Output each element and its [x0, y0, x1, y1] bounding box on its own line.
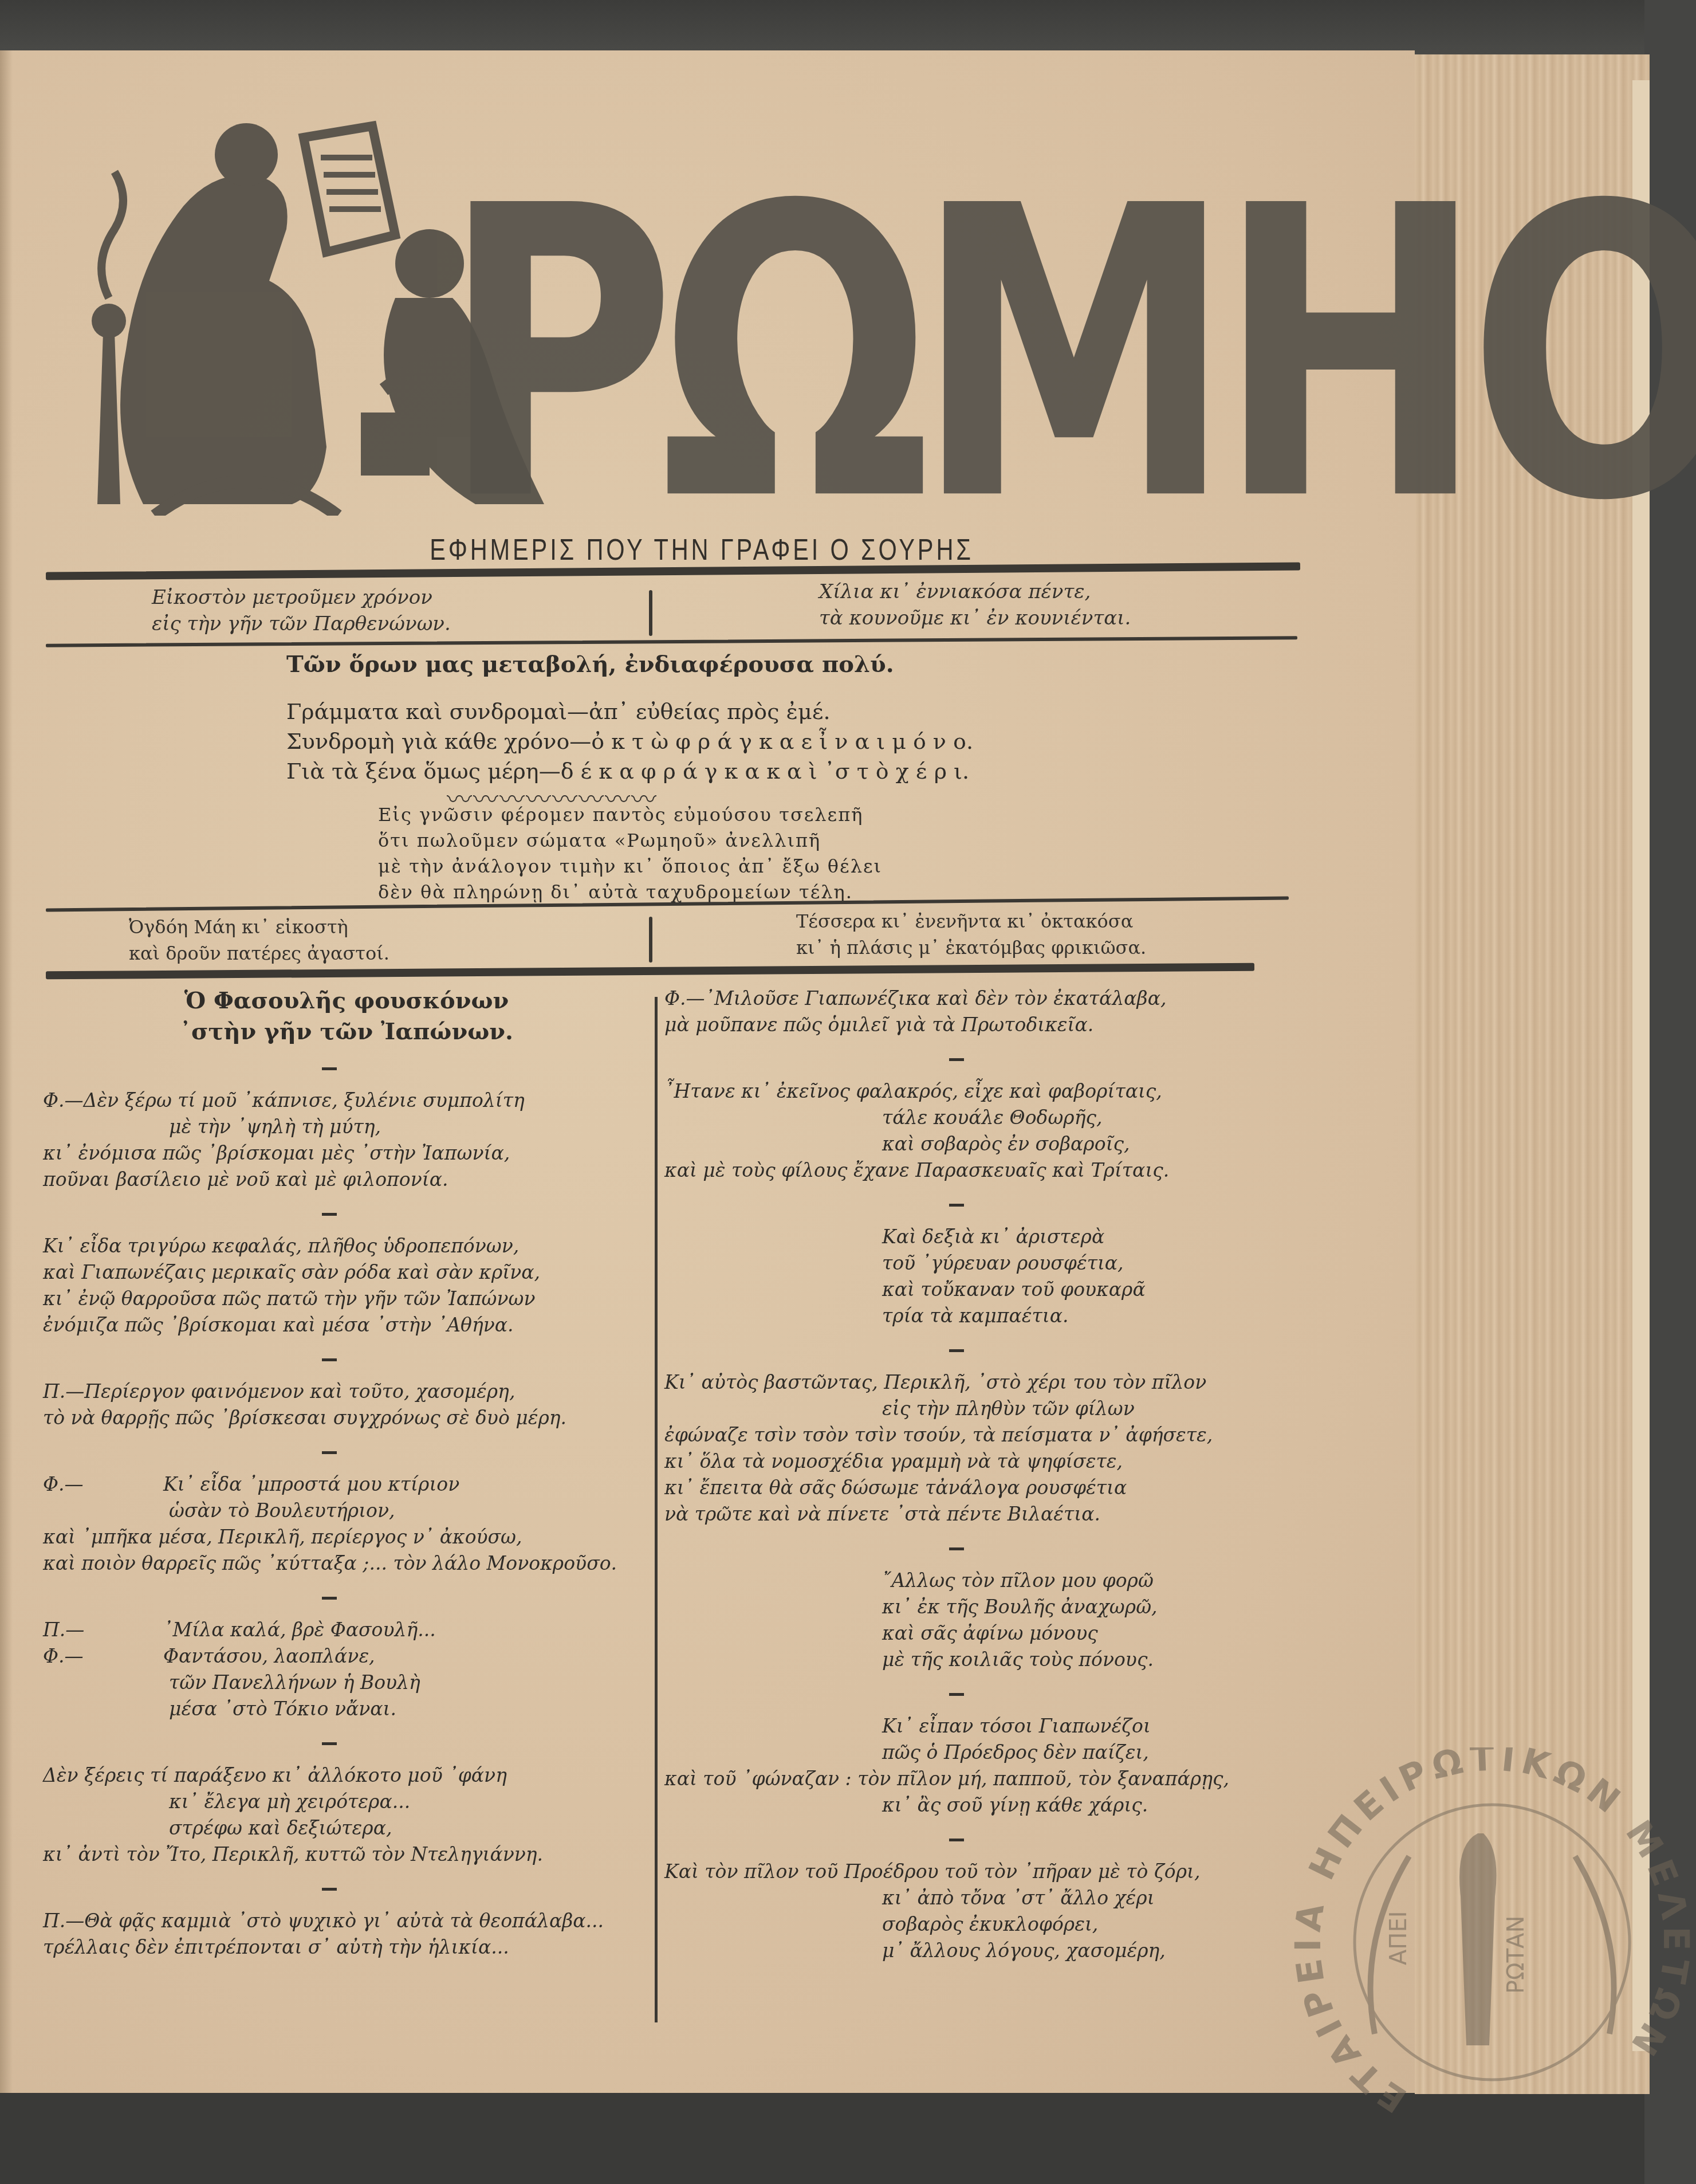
verse-text: καὶ τοὔκαναν τοῦ φουκαρᾶ — [882, 1278, 1146, 1301]
date-right: Τέσσερα κι᾽ ἐνενῆντα κι᾽ ὀκτακόσα κι᾽ ἡ … — [796, 908, 1254, 961]
verse-text: Κι᾽ εἶπαν τόσοι Γιαπωνέζοι — [882, 1715, 1151, 1737]
verse-text: καὶ μὲ τοὺς φίλους ἔχανε Παρασκευαῖς καὶ… — [664, 1159, 1169, 1181]
verse-text: ἐνόμιζα πῶς ᾽βρίσκομαι καὶ μέσα ᾽στὴν ᾽Α… — [43, 1314, 514, 1336]
verse-text: Κι᾽ εἶδα τριγύρω κεφαλάς, πλῆθος ὑδροπεπ… — [43, 1235, 519, 1257]
verse-text: κι᾽ ἂς σοῦ γίνῃ κάθε χάρις. — [882, 1794, 1148, 1816]
speaker-label: Φ.— — [43, 1471, 163, 1498]
date-right-line: Τέσσερα κι᾽ ἐνενῆντα κι᾽ ὀκτακόσα — [796, 908, 1254, 934]
verse-line: μὲ τῆς κοιλιᾶς τοὺς πόνους. — [664, 1647, 1249, 1673]
verse-text: καὶ Γιαπωνέζαις μερικαῖς σὰν ρόδα καὶ σὰ… — [43, 1261, 540, 1283]
verse-line: Π.—᾽Μίλα καλά, βρὲ Φασουλῆ... — [43, 1617, 616, 1643]
article-right-column: Φ.—᾽Μιλοῦσε Γιαπωνέζικα καὶ δὲν τὸν ἐκατ… — [664, 985, 1249, 1964]
tagline-right: Χίλια κι᾽ ἐννιακόσα πέντε, τὰ κουνοῦμε κ… — [819, 579, 1220, 631]
verse-line: τάλε κουάλε Θοδωρῆς, — [664, 1105, 1249, 1131]
stanza-separator — [43, 1047, 616, 1087]
verse-line: καὶ μὲ τοὺς φίλους ἔχανε Παρασκευαῖς καὶ… — [664, 1157, 1249, 1184]
stanza-separator — [664, 1673, 1249, 1713]
verse-text: Καὶ δεξιὰ κι᾽ ἀριστερὰ — [882, 1225, 1104, 1248]
verse-text: ὡσὰν τὸ Βουλευτήριον, — [169, 1499, 395, 1522]
stanza-separator — [43, 1868, 616, 1908]
subscription-terms: Τῶν ὅρων μας μεταβολή, ἐνδιαφέρουσα πολύ… — [229, 647, 1146, 786]
verse-text: ῎Αλλως τὸν πῖλον μου φορῶ — [882, 1569, 1154, 1592]
verse-line: Π.—Θὰ φᾷς καμμιὰ ᾽στὸ ψυχικὸ γι᾽ αὐτὰ τὰ… — [43, 1908, 616, 1934]
stanza-separator — [664, 1818, 1249, 1859]
verse-line: νὰ τρῶτε καὶ νὰ πίνετε ᾽στὰ πέντε Βιλαέτ… — [664, 1501, 1249, 1527]
verse-line: μέσα ᾽στὸ Τόκιο νἄναι. — [43, 1696, 616, 1722]
verse-text: Κι᾽ αὐτὸς βαστῶντας, Περικλῆ, ᾽στὸ χέρι … — [664, 1371, 1206, 1393]
stanza-separator — [664, 1329, 1249, 1369]
stanza-separator — [43, 1577, 616, 1617]
verse-text: καὶ σᾶς ἀφίνω μόνους — [882, 1622, 1098, 1644]
verse-line: μ᾽ ἄλλους λόγους, χασομέρη, — [664, 1938, 1249, 1964]
verse-line: κι᾽ ἀντὶ τὸν Ἴτο, Περικλῆ, κυττῶ τὸν Ντε… — [43, 1841, 616, 1868]
verse-text: Καὶ τὸν πῖλον τοῦ Προέδρου τοῦ τὸν ᾽πῆρα… — [664, 1860, 1201, 1883]
verse-line: καὶ ποιὸν θαρρεῖς πῶς ᾽κύτταξα ;... τὸν … — [43, 1550, 616, 1577]
verse-line: ῏Ητανε κι᾽ ἐκεῖνος φαλακρός, εἶχε καὶ φα… — [664, 1078, 1249, 1105]
verse-text: κι᾽ ἔπειτα θὰ σᾶς δώσωμε τἀνάλογα ρουσφέ… — [664, 1476, 1127, 1499]
verse-text: κι᾽ ἀπὸ τὄνα ᾽στ᾽ ἄλλο χέρι — [882, 1887, 1155, 1909]
column-separator-mark — [649, 590, 652, 636]
stamp-inner-right: ΡΩΤΑΝ — [1503, 1916, 1529, 1994]
verse-line: κι᾽ ἐνῷ θαρροῦσα πῶς πατῶ τὴν γῆν τῶν Ἰα… — [43, 1286, 616, 1312]
stamp-inner-left: ΑΠΕΙ — [1386, 1911, 1412, 1965]
verse-text: Φ.—᾽Μιλοῦσε Γιαπωνέζικα καὶ δὲν τὸν ἐκατ… — [664, 987, 1166, 1009]
verse-text: τάλε κουάλε Θοδωρῆς, — [882, 1106, 1102, 1129]
verse-text: καὶ ποιὸν θαρρεῖς πῶς ᾽κύτταξα ;... τὸν … — [43, 1552, 617, 1574]
terms-line: Γιὰ τὰ ξένα ὅμως μέρη—δ έ κ α φ ρ ά γ κ … — [286, 756, 1146, 786]
verse-text: πῶς ὁ Πρόεδρος δὲν παίζει, — [882, 1741, 1149, 1763]
verse-text: Π.—Περίεργον φαινόμενον καὶ τοῦτο, χασομ… — [43, 1380, 515, 1403]
verse-line: Κι᾽ αὐτὸς βαστῶντας, Περικλῆ, ᾽στὸ χέρι … — [664, 1369, 1249, 1396]
verse-text: Φαντάσου, λαοπλάνε, — [163, 1645, 375, 1667]
verse-line: ἐφώναζε τσὶν τσὸν τσὶν τσούν, τὰ πείσματ… — [664, 1422, 1249, 1448]
verse-line: τρέλλαις δὲν ἐπιτρέπονται σ᾽ αὐτὴ τὴν ἡλ… — [43, 1934, 616, 1961]
verse-line: Καὶ δεξιὰ κι᾽ ἀριστερὰ — [664, 1224, 1249, 1250]
verse-text: νὰ τρῶτε καὶ νὰ πίνετε ᾽στὰ πέντε Βιλαέτ… — [664, 1503, 1100, 1525]
column-divider — [655, 997, 658, 2022]
verse-line: καὶ σᾶς ἀφίνω μόνους — [664, 1620, 1249, 1647]
verse-text: ἐφώναζε τσὶν τσὸν τσὶν τσούν, τὰ πείσματ… — [664, 1424, 1213, 1446]
verse-text: κι᾽ ἀντὶ τὸν Ἴτο, Περικλῆ, κυττῶ τὸν Ντε… — [43, 1843, 543, 1865]
date-left-line: καὶ δροῦν πατέρες ἀγαστοί. — [129, 940, 530, 967]
stanza-separator — [664, 1527, 1249, 1568]
verse-line: κι᾽ ἐνόμισα πῶς ᾽βρίσκομαι μὲς ᾽στὴν Ἰαπ… — [43, 1140, 616, 1166]
verse-line: Κι᾽ εἶπαν τόσοι Γιαπωνέζοι — [664, 1713, 1249, 1739]
stanza-separator — [664, 1184, 1249, 1224]
date-left-line: Ὀγδόη Μάη κι᾽ εἰκοστὴ — [129, 914, 530, 940]
stanza-separator — [664, 1038, 1249, 1078]
verse-line: Φ.—Δὲν ξέρω τί μοῦ ᾽κάπνισε, ξυλένιε συμ… — [43, 1087, 616, 1114]
tagline-left: Εἰκοστὸν μετροῦμεν χρόνον εἰς τὴν γῆν τῶ… — [152, 584, 553, 637]
verse-line: ῎Αλλως τὸν πῖλον μου φορῶ — [664, 1568, 1249, 1594]
stanza-separator — [43, 1722, 616, 1762]
verse-line: ὡσὰν τὸ Βουλευτήριον, — [43, 1498, 616, 1524]
verse-line: Καὶ τὸν πῖλον τοῦ Προέδρου τοῦ τὸν ᾽πῆρα… — [664, 1859, 1249, 1885]
verse-text: καὶ τοῦ ᾽φώναζαν : τὸν πῖλον μή, παπποῦ,… — [664, 1767, 1229, 1790]
article-title-line: ᾽στὴν γῆν τῶν Ἰαπώνων. — [77, 1016, 616, 1047]
article-left-column: Ὁ Φασουλῆς φουσκόνων ᾽στὴν γῆν τῶν Ἰαπών… — [43, 985, 616, 1961]
verse-text: κι᾽ ἐκ τῆς Βουλῆς ἀναχωρῶ, — [882, 1596, 1158, 1618]
tagline-right-line: Χίλια κι᾽ ἐννιακόσα πέντε, — [819, 579, 1220, 605]
terms-line: Συνδρομὴ γιὰ κάθε χρόνο—ὀ κ τ ὼ φ ρ ά γ … — [286, 726, 1146, 756]
article-title: Ὁ Φασουλῆς φουσκόνων ᾽στὴν γῆν τῶν Ἰαπών… — [77, 985, 616, 1047]
terms-title: Τῶν ὅρων μας μεταβολή, ἐνδιαφέρουσα πολύ… — [286, 647, 1146, 682]
masthead-subtitle: ΕΦΗΜΕΡΙΣ ΠΟΥ ΤΗΝ ΓΡΑΦΕΙ Ο ΣΟΥΡΗΣ — [140, 533, 1263, 567]
verse-line: μὲ τὴν ᾽ψηλὴ τὴ μύτη, — [43, 1114, 616, 1140]
verse-line: καὶ τοῦ ᾽φώναζαν : τὸν πῖλον μή, παπποῦ,… — [664, 1766, 1249, 1792]
stanza-separator — [43, 1338, 616, 1378]
verse-line: καὶ Γιαπωνέζαις μερικαῖς σὰν ρόδα καὶ σὰ… — [43, 1259, 616, 1286]
verse-line: τῶν Πανελλήνων ἡ Βουλὴ — [43, 1670, 616, 1696]
notice-line: Εἰς γνῶσιν φέρομεν παντὸς εὐμούσου τσελε… — [378, 802, 882, 828]
verse-text: κι᾽ ἔλεγα μὴ χειρότερα... — [169, 1790, 410, 1813]
stanza-separator — [43, 1193, 616, 1233]
verse-line: τρία τὰ καμπαέτια. — [664, 1303, 1249, 1329]
verse-line: καὶ ᾽μπῆκα μέσα, Περικλῆ, περίεργος ν᾽ ἀ… — [43, 1524, 616, 1550]
verse-text: τρέλλαις δὲν ἐπιτρέπονται σ᾽ αὐτὴ τὴν ἡλ… — [43, 1936, 509, 1958]
verse-text: τρία τὰ καμπαέτια. — [882, 1305, 1068, 1327]
verse-text: κι᾽ ὅλα τὰ νομοσχέδια γραμμὴ νὰ τὰ ψηφίσ… — [664, 1450, 1123, 1472]
verse-line: σοβαρὸς ἐκυκλοφόρει, — [664, 1911, 1249, 1938]
verse-line: ἐνόμιζα πῶς ᾽βρίσκομαι καὶ μέσα ᾽στὴν ᾽Α… — [43, 1312, 616, 1338]
notice-line: ὅτι πωλοῦμεν σώματα «Ρωμηοῦ» ἀνελλιπῆ — [378, 828, 882, 854]
verse-line: κι᾽ ὅλα τὰ νομοσχέδια γραμμὴ νὰ τὰ ψηφίσ… — [664, 1448, 1249, 1475]
verse-line: κι᾽ ἔλεγα μὴ χειρότερα... — [43, 1789, 616, 1815]
tagline-left-line: Εἰκοστὸν μετροῦμεν χρόνον — [152, 584, 553, 611]
verse-text: μὰ μοῦπανε πῶς ὁμιλεῖ γιὰ τὰ Πρωτοδικεῖα… — [664, 1014, 1093, 1036]
verse-text: τὸ νὰ θαρρῇς πῶς ᾽βρίσκεσαι συγχρόνως σὲ… — [43, 1407, 566, 1429]
verse-line: στρέφω καὶ δεξιώτερα, — [43, 1815, 616, 1841]
verse-line: Δὲν ξέρεις τί παράξενο κι᾽ ἀλλόκοτο μοῦ … — [43, 1762, 616, 1789]
speaker-label: Π.— — [43, 1617, 163, 1643]
tagline-left-line: εἰς τὴν γῆν τῶν Παρθενώνων. — [152, 611, 553, 637]
verse-text: εἰς τὴν πληθὺν τῶν φίλων — [882, 1397, 1135, 1420]
verse-line: Φ.—Κι᾽ εἶδα ᾽μπροστά μου κτίριον — [43, 1471, 616, 1498]
date-left: Ὀγδόη Μάη κι᾽ εἰκοστὴ καὶ δροῦν πατέρες … — [129, 914, 530, 967]
verse-line: Φ.—᾽Μιλοῦσε Γιαπωνέζικα καὶ δὲν τὸν ἐκατ… — [664, 985, 1249, 1012]
gutter-shadow — [0, 50, 13, 2093]
notice-line: μὲ τὴν ἀνάλογον τιμὴν κι᾽ ὅποιος ἀπ᾽ ἔξω… — [378, 854, 882, 879]
verse-line: μὰ μοῦπανε πῶς ὁμιλεῖ γιὰ τὰ Πρωτοδικεῖα… — [664, 1012, 1249, 1038]
verse-text: μέσα ᾽στὸ Τόκιο νἄναι. — [169, 1698, 396, 1720]
verse-text: στρέφω καὶ δεξιώτερα, — [169, 1817, 392, 1839]
verse-line: κι᾽ ἀπὸ τὄνα ᾽στ᾽ ἄλλο χέρι — [664, 1885, 1249, 1911]
verse-text: κι᾽ ἐνόμισα πῶς ᾽βρίσκομαι μὲς ᾽στὴν Ἰαπ… — [43, 1142, 510, 1164]
sales-notice: Εἰς γνῶσιν φέρομεν παντὸς εὐμούσου τσελε… — [378, 802, 882, 905]
verse-text: Π.—Θὰ φᾷς καμμιὰ ᾽στὸ ψυχικὸ γι᾽ αὐτὰ τὰ… — [43, 1910, 604, 1932]
verse-text: κι᾽ ἐνῷ θαρροῦσα πῶς πατῶ τὴν γῆν τῶν Ἰα… — [43, 1287, 536, 1310]
verse-line: κι᾽ ἔπειτα θὰ σᾶς δώσωμε τἀνάλογα ρουσφέ… — [664, 1475, 1249, 1501]
verse-line: κι᾽ ἂς σοῦ γίνῃ κάθε χάρις. — [664, 1792, 1249, 1818]
verse-text: μὲ τὴν ᾽ψηλὴ τὴ μύτη, — [169, 1115, 381, 1138]
verse-line: Φ.—Φαντάσου, λαοπλάνε, — [43, 1643, 616, 1670]
verse-line: πῶς ὁ Πρόεδρος δὲν παίζει, — [664, 1739, 1249, 1766]
date-right-line: κι᾽ ἡ πλάσις μ᾽ ἑκατόμβας φρικιῶσα. — [796, 934, 1254, 961]
tagline-right-line: τὰ κουνοῦμε κι᾽ ἐν κουνιένται. — [819, 605, 1220, 631]
article-title-line: Ὁ Φασουλῆς φουσκόνων — [77, 985, 616, 1016]
verse-text: ποῦναι βασίλειο μὲ νοῦ καὶ μὲ φιλοπονία. — [43, 1168, 448, 1191]
verse-text: καὶ ᾽μπῆκα μέσα, Περικλῆ, περίεργος ν᾽ ἀ… — [43, 1526, 522, 1548]
verse-line: εἰς τὴν πληθὺν τῶν φίλων — [664, 1396, 1249, 1422]
verse-line: καὶ σοβαρὸς ἐν σοβαροῖς, — [664, 1131, 1249, 1157]
verse-line: τοῦ ᾽γύρευαν ρουσφέτια, — [664, 1250, 1249, 1276]
verse-line: καὶ τοὔκαναν τοῦ φουκαρᾶ — [664, 1276, 1249, 1303]
verse-text: σοβαρὸς ἐκυκλοφόρει, — [882, 1913, 1098, 1935]
book-binding-top — [0, 0, 1696, 54]
verse-text: Φ.—Δὲν ξέρω τί μοῦ ᾽κάπνισε, ξυλένιε συμ… — [43, 1089, 525, 1111]
verse-line: Κι᾽ εἶδα τριγύρω κεφαλάς, πλῆθος ὑδροπεπ… — [43, 1233, 616, 1259]
verse-text: μὲ τῆς κοιλιᾶς τοὺς πόνους. — [882, 1648, 1154, 1671]
speaker-label: Φ.— — [43, 1643, 163, 1670]
stanza-separator — [43, 1431, 616, 1471]
masthead: ΡΩΜΗΟΣ — [74, 92, 1254, 516]
verse-line: Π.—Περίεργον φαινόμενον καὶ τοῦτο, χασομ… — [43, 1378, 616, 1405]
verse-text: ᾽Μίλα καλά, βρὲ Φασουλῆ... — [163, 1619, 436, 1641]
verse-line: ποῦναι βασίλειο μὲ νοῦ καὶ μὲ φιλοπονία. — [43, 1166, 616, 1193]
archive-stamp-icon: ΕΤΑΙΡΕΙΑ ΗΠΕΙΡΩΤΙΚΩΝ ΜΕΛΕΤΩΝ ΑΠΕΙ ΡΩΤΑΝ — [1289, 1747, 1695, 2148]
verse-line: τὸ νὰ θαρρῇς πῶς ᾽βρίσκεσαι συγχρόνως σὲ… — [43, 1405, 616, 1431]
verse-text: τῶν Πανελλήνων ἡ Βουλὴ — [169, 1671, 420, 1694]
verse-line: κι᾽ ἐκ τῆς Βουλῆς ἀναχωρῶ, — [664, 1594, 1249, 1620]
terms-line: Γράμματα καὶ συνδρομαὶ—ἀπ᾽ εὐθείας πρὸς … — [286, 697, 1146, 726]
verse-text: μ᾽ ἄλλους λόγους, χασομέρη, — [882, 1939, 1166, 1962]
verse-text: τοῦ ᾽γύρευαν ρουσφέτια, — [882, 1252, 1124, 1274]
column-separator-mark — [649, 917, 652, 963]
verse-text: ῏Ητανε κι᾽ ἐκεῖνος φαλακρός, εἶχε καὶ φα… — [664, 1080, 1162, 1102]
verse-text: Δὲν ξέρεις τί παράξενο κι᾽ ἀλλόκοτο μοῦ … — [43, 1764, 507, 1786]
verse-text: Κι᾽ εἶδα ᾽μπροστά μου κτίριον — [163, 1473, 459, 1495]
verse-text: καὶ σοβαρὸς ἐν σοβαροῖς, — [882, 1133, 1130, 1155]
